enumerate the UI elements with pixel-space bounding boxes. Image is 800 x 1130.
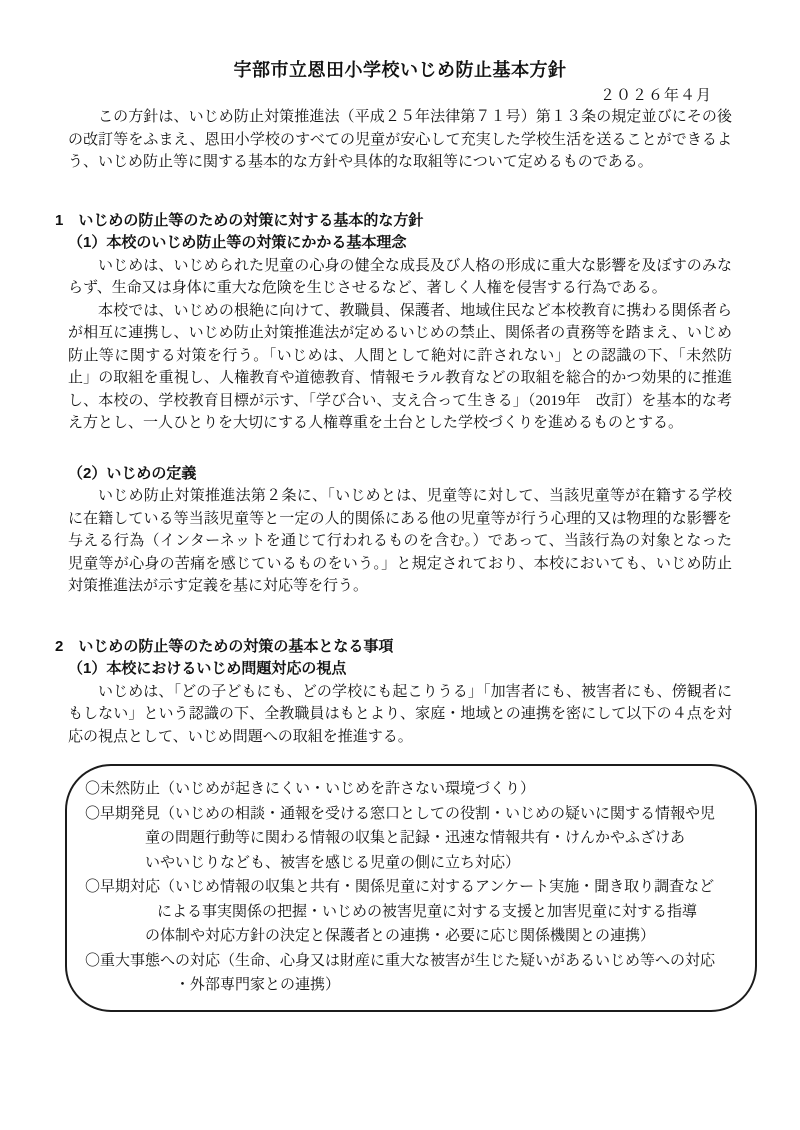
paragraph-viewpoints: いじめは、「どの子どもにも、どの学校にも起こりうる」「加害者にも、被害者にも、傍… [68,681,732,749]
subsection-1-2-heading: （2）いじめの定義 [68,463,732,486]
section-1-heading: 1 いじめの防止等のための対策に対する基本的な方針 [55,210,732,233]
box-line-serious-incident: 〇重大事態への対応（生命、心身又は財産に重大な被害が生じた疑いがあるいじめ等への… [85,949,737,974]
box-line-early-response-3: の体制や対応方針の決定と保護者との連携・必要に応じ関係機関との連携） [85,924,737,949]
section-2-heading: 2 いじめの防止等のための対策の基本となる事項 [55,636,732,659]
paragraph-definition: いじめ防止対策推進法第２条に、「いじめとは、児童等に対して、当該児童等が在籍する… [68,485,732,598]
box-line-early-response-2: による事実関係の把握・いじめの被害児童に対する支援と加害児童に対する指導 [85,900,737,925]
box-line-serious-incident-2: ・外部専門家との連携） [85,973,737,998]
paragraph-basic-philosophy-2: 本校では、いじめの根絶に向けて、教職員、保護者、地域住民など本校教育に携わる関係… [68,300,732,435]
box-line-early-detection: 〇早期発見（いじめの相談・通報を受ける窓口としての役割・いじめの疑いに関する情報… [85,802,737,827]
subsection-1-1-heading: （1）本校のいじめ防止等の対策にかかる基本理念 [68,232,732,255]
box-line-early-detection-2: 童の問題行動等に関わる情報の収集と記録・迅速な情報共有・けんかやふざけあ [85,826,737,851]
intro-paragraph: この方針は、いじめ防止対策推進法（平成２５年法律第７１号）第１３条の規定並びにそ… [68,106,732,174]
box-line-prevention: 〇未然防止（いじめが起きにくい・いじめを許さない環境づくり） [85,777,737,802]
paragraph-basic-philosophy-1: いじめは、いじめられた児童の心身の健全な成長及び人格の形成に重大な影響を及ぼすの… [68,255,732,300]
viewpoints-box: 〇未然防止（いじめが起きにくい・いじめを許さない環境づくり） 〇早期発見（いじめ… [65,764,757,1012]
document-date: ２０２６年４月 [68,86,712,106]
document-page: 宇部市立恩田小学校いじめ防止基本方針 ２０２６年４月 この方針は、いじめ防止対策… [0,0,800,1130]
document-title: 宇部市立恩田小学校いじめ防止基本方針 [68,58,732,82]
box-line-early-response: 〇早期対応（いじめ情報の収集と共有・関係児童に対するアンケート実施・聞き取り調査… [85,875,737,900]
box-line-early-detection-3: いやいじりなども、被害を感じる児童の側に立ち対応） [85,851,737,876]
subsection-2-1-heading: （1）本校におけるいじめ問題対応の視点 [68,658,732,681]
